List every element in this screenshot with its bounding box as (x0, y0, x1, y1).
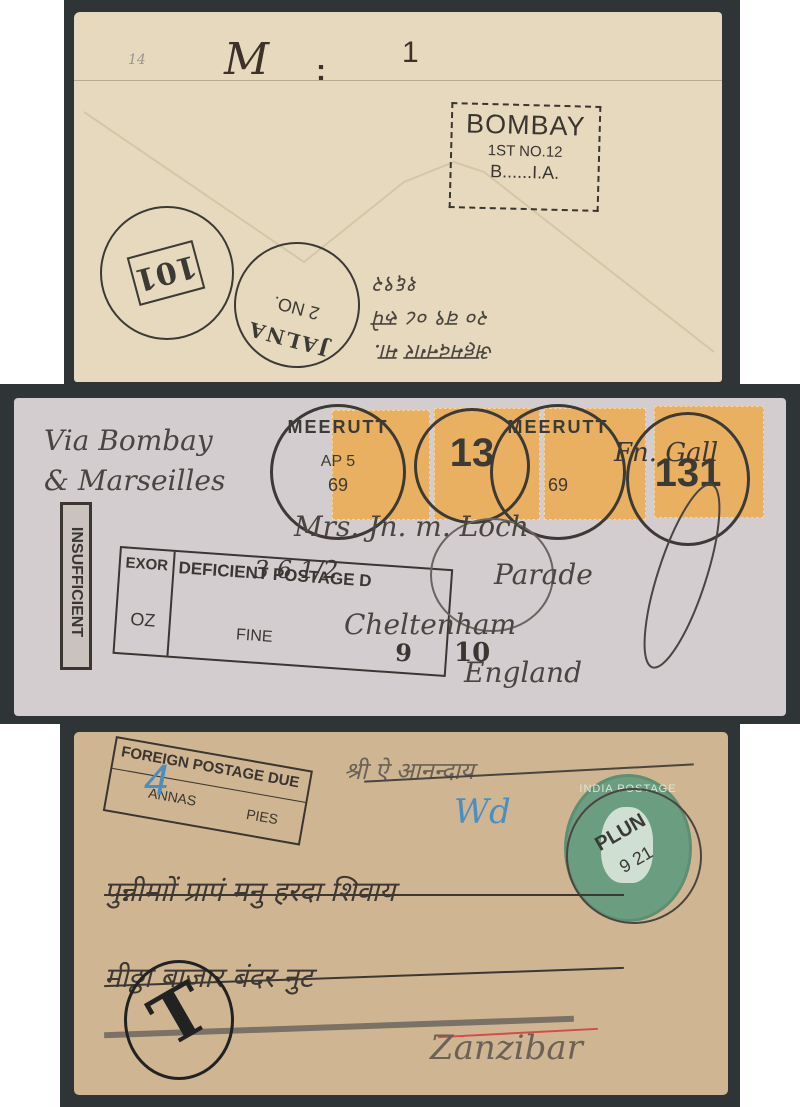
cover-middle: MEERUTT AP 5 69 13 MEERUTT 69 131 Via Bo… (14, 398, 786, 716)
script-line-2: पुन्नीमाों प्रापं मनु हरदा शिवाय (104, 872, 395, 910)
cover-bottom: FOREIGN POSTAGE DUE ANNAS PIES 4 INDIA P… (74, 732, 728, 1095)
bombay-date: 1ST NO.12 (452, 141, 598, 162)
large-oval-mark (14, 398, 786, 716)
bombay-bottom: B......I.A. (451, 160, 597, 185)
cover-top: 14 M : 1 BOMBAY 1ST NO.12 B......I.A. 10… (74, 12, 722, 382)
blue-manuscript: Wd (454, 792, 511, 832)
strike-line-2 (104, 894, 624, 896)
ink-mark-m: M (224, 34, 269, 85)
pencil-note: 14 (128, 52, 146, 68)
bombay-boxed-postmark: BOMBAY 1ST NO.12 B......I.A. (449, 102, 602, 212)
foreign-postage-due-box: FOREIGN POSTAGE DUE ANNAS PIES (103, 736, 313, 846)
ink-mark-colon: : (316, 54, 326, 88)
blue-due-figure: 4 (144, 756, 168, 806)
bombay-town: BOMBAY (452, 108, 599, 143)
numeral-value: 101 (131, 248, 201, 298)
destination-zanzibar: Zanzibar (430, 1028, 583, 1068)
ink-mark-one: 1 (402, 36, 419, 70)
numeral-cancel-101: 101 (100, 206, 234, 340)
manuscript-line-3: अहमदनगर मा. (374, 338, 494, 368)
manuscript-line-1: १६९२ (374, 270, 420, 300)
manuscript-line-2: २० व९ ०८ रुपे (374, 304, 490, 334)
tax-t-mark: T (124, 960, 234, 1080)
